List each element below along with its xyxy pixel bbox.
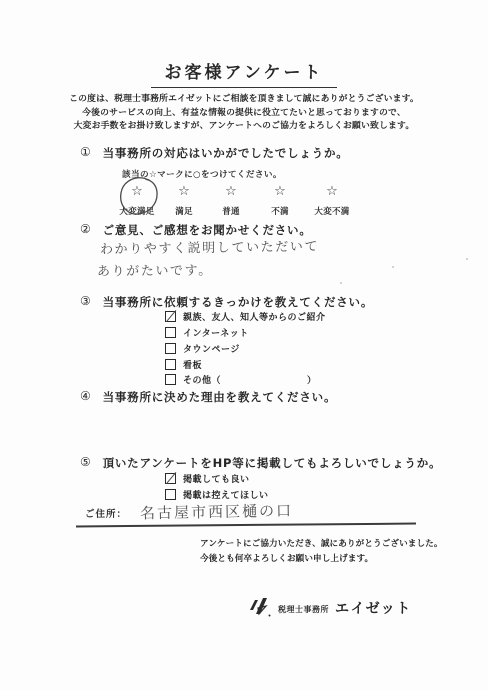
question-1-instruction: 該当の☆マークに○をつけてください。 (122, 168, 282, 180)
address-underline (76, 523, 416, 528)
page-title: お客様アンケート (151, 58, 338, 88)
q3-option-referral: 親族、友人、知人等からのご紹介 (165, 310, 326, 323)
intro-line: この度は、税理士事務所エイゼットにご相談を頂きまして誠にありがとうございます。 (0, 93, 488, 107)
question-3-heading: ③ 当事務所に依頼するきっかけを教えてください。 (80, 294, 373, 310)
checkbox-checked-icon (165, 311, 176, 322)
other-close-paren: ） (307, 373, 316, 386)
closing-line: アンケートにご協力いただき、誠にありがとうございました。 (200, 537, 443, 552)
question-3-label: 当事務所に依頼するきっかけを教えてください。 (103, 294, 374, 310)
scan-speck (392, 266, 394, 268)
question-5-number: ⑤ (80, 455, 92, 469)
checkbox-label: その他（ (183, 373, 221, 386)
handwritten-answer-line: ありがたいです。 (97, 259, 213, 279)
intro-paragraph: この度は、税理士事務所エイゼットにご相談を頂きまして誠にありがとうございます。 … (0, 93, 488, 134)
scan-speck (466, 258, 468, 260)
q3-option-townpage: タウンページ (165, 342, 240, 355)
checkbox-icon (165, 327, 176, 338)
question-1-heading: ① 当事務所の対応はいかがでしたでしょうか。 (80, 145, 349, 161)
office-type-label: 税理士事務所 (278, 604, 329, 615)
closing-message: アンケートにご協力いただき、誠にありがとうございました。 今後とも何卒よろしくお… (200, 537, 443, 567)
office-logo-mark-icon (246, 596, 272, 618)
checkbox-icon (165, 489, 176, 500)
office-name-label: エイゼット (335, 598, 412, 618)
question-4-label: 当事務所に決めた理由を教えてください。 (103, 389, 337, 405)
q5-option-do-not-publish: 掲載は控えてほしい (165, 488, 269, 501)
question-4-heading: ④ 当事務所に決めた理由を教えてください。 (80, 389, 336, 405)
star-icon: ☆ (300, 184, 364, 200)
page-title-wrap: お客様アンケート (0, 58, 488, 88)
intro-line: 大変お手数をお掛け致しますが、アンケートへのご協力をよろしくお願い致します。 (0, 120, 488, 134)
checkbox-label: インターネット (183, 326, 249, 339)
rating-option-very-dissatisfied: ☆ 大変不満 (300, 184, 364, 217)
checkbox-icon (165, 343, 176, 354)
checkbox-icon (165, 359, 176, 370)
question-5-heading: ⑤ 頂いたアンケートをHP等に掲載してもよろしいでしょうか。 (80, 455, 441, 471)
checkbox-checked-icon (165, 473, 176, 484)
question-5-label: 頂いたアンケートをHP等に掲載してもよろしいでしょうか。 (103, 455, 442, 471)
q3-option-signboard: 看板 (165, 358, 202, 371)
checkbox-label: 掲載は控えてほしい (183, 488, 269, 501)
checkbox-icon (165, 374, 176, 385)
scanned-survey-page: お客様アンケート この度は、税理士事務所エイゼットにご相談を頂きまして誠にありが… (0, 0, 488, 690)
q3-option-internet: インターネット (165, 326, 249, 339)
q5-option-ok-to-publish: 掲載しても良い (165, 472, 250, 485)
office-logo: 税理士事務所 エイゼット (246, 596, 412, 618)
rating-label: 大変不満 (300, 205, 364, 217)
question-2-number: ② (80, 222, 92, 236)
handwritten-answer-line: わかりやすく説明していただいて (100, 235, 319, 257)
closing-line: 今後とも何卒よろしくお願い申し上げます。 (200, 552, 443, 567)
handwritten-address: 名古屋市西区樋の口 (140, 500, 293, 524)
checkbox-label: 看板 (183, 358, 202, 371)
checkbox-label: 親族、友人、知人等からのご紹介 (183, 310, 326, 323)
address-label: ご住所： (85, 506, 127, 520)
question-3-number: ③ (80, 294, 92, 308)
scan-speck (340, 282, 342, 284)
question-4-number: ④ (80, 389, 92, 403)
question-1-number: ① (80, 145, 92, 159)
checkbox-label: タウンページ (183, 342, 240, 355)
intro-line: 今後のサービスの向上、有益な情報の提供に役立てたいと思っておりますので、 (0, 107, 488, 121)
question-1-label: 当事務所の対応はいかがでしたでしょうか。 (103, 145, 349, 161)
q3-option-other: その他（ ） (165, 373, 316, 386)
checkbox-label: 掲載しても良い (183, 472, 250, 485)
